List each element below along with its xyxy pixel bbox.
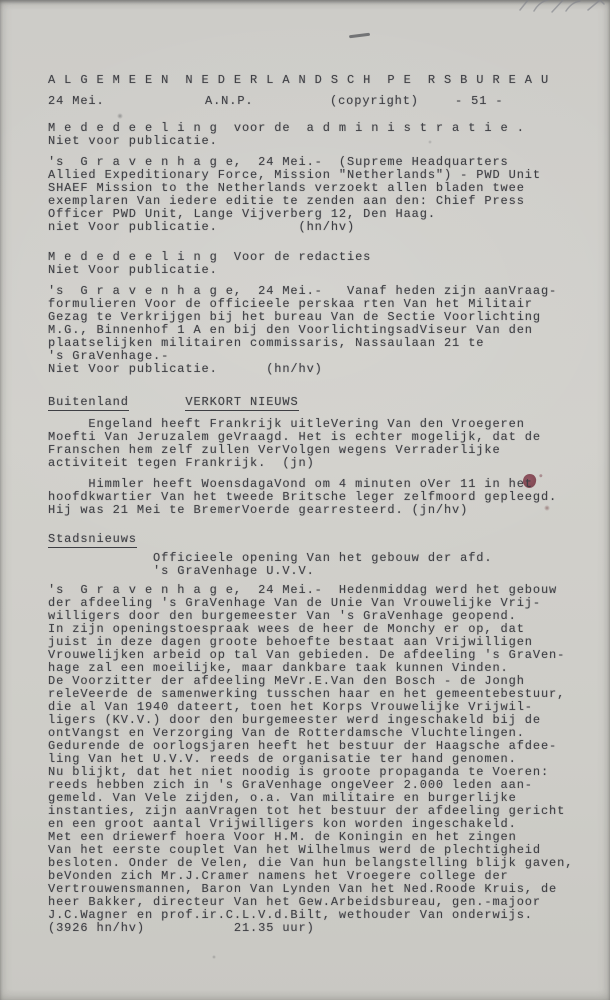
underlined-heading-text: Stadsnieuws (48, 532, 137, 548)
text-line: Niet voor publicatie. (48, 135, 600, 148)
stadsnieuws-heading: Stadsnieuws (48, 533, 600, 546)
pencil-scribble-icon (514, 0, 610, 16)
text-line: (3926 hn/hv) 21.35 uur) (48, 922, 600, 935)
text-line: niet Voor publicatie. (hn/hv) (48, 221, 600, 234)
text-line: Hij was 21 Mei te BremerVoerde gearreste… (48, 504, 600, 517)
underlined-heading-text: Buitenland (48, 395, 129, 411)
text-line: Stadsnieuws (48, 533, 600, 546)
text-line: Buitenland VERKORT NIEUWS (48, 396, 600, 409)
uvv-article-title: Officieele opening Van het gebouw der af… (48, 552, 600, 578)
redactie-notice: M e d e d e e l i n g Voor de redactiesN… (48, 251, 600, 277)
buitenland-heading: Buitenland VERKORT NIEUWS (48, 396, 600, 409)
shaef-notice: 's G r a v e n h a g e, 24 Mei.- (Suprem… (48, 156, 600, 234)
copyright-label: (copyright) (330, 95, 419, 108)
agency-abbreviation: A.N.P. (205, 95, 254, 108)
document-body: M e d e d e e l i n g voor de a d m i n … (48, 122, 600, 935)
pencil-dash-icon (349, 33, 370, 38)
text-line: activiteit tegen Frankrijk. (jn) (48, 457, 600, 470)
text-line: Niet Voor publicatie. (hn/hv) (48, 363, 600, 376)
document-page: A L G E M E E N N E D E R L A N D S C H … (0, 0, 610, 1000)
mufti-news-item: Engeland heeft Frankrijk uitleVering Van… (48, 418, 600, 470)
admin-notice: M e d e d e e l i n g voor de a d m i n … (48, 122, 600, 148)
issue-date: 24 Mei. (48, 95, 105, 108)
document-content: A L G E M E E N N E D E R L A N D S C H … (48, 74, 600, 935)
underlined-heading-text: VERKORT NIEUWS (185, 395, 298, 411)
text-line: 's GraVenhage U.V.V. (48, 565, 600, 578)
bulletin-number: - 51 - (455, 95, 504, 108)
himmler-news-item: Himmler heeft WoensdagaVond om 4 minuten… (48, 478, 600, 517)
uvv-article-body: 's G r a v e n h a g e, 24 Mei.- Hedenmi… (48, 584, 600, 935)
perskaarten-notice: 's G r a v e n h a g e, 24 Mei.- Vanaf h… (48, 285, 600, 376)
text-line: Niet Voor publicatie. (48, 264, 600, 277)
spacer-text (129, 395, 186, 409)
agency-title: A L G E M E E N N E D E R L A N D S C H … (48, 74, 600, 87)
header-meta-row: 24 Mei. A.N.P. (copyright) - 51 - (48, 95, 600, 108)
